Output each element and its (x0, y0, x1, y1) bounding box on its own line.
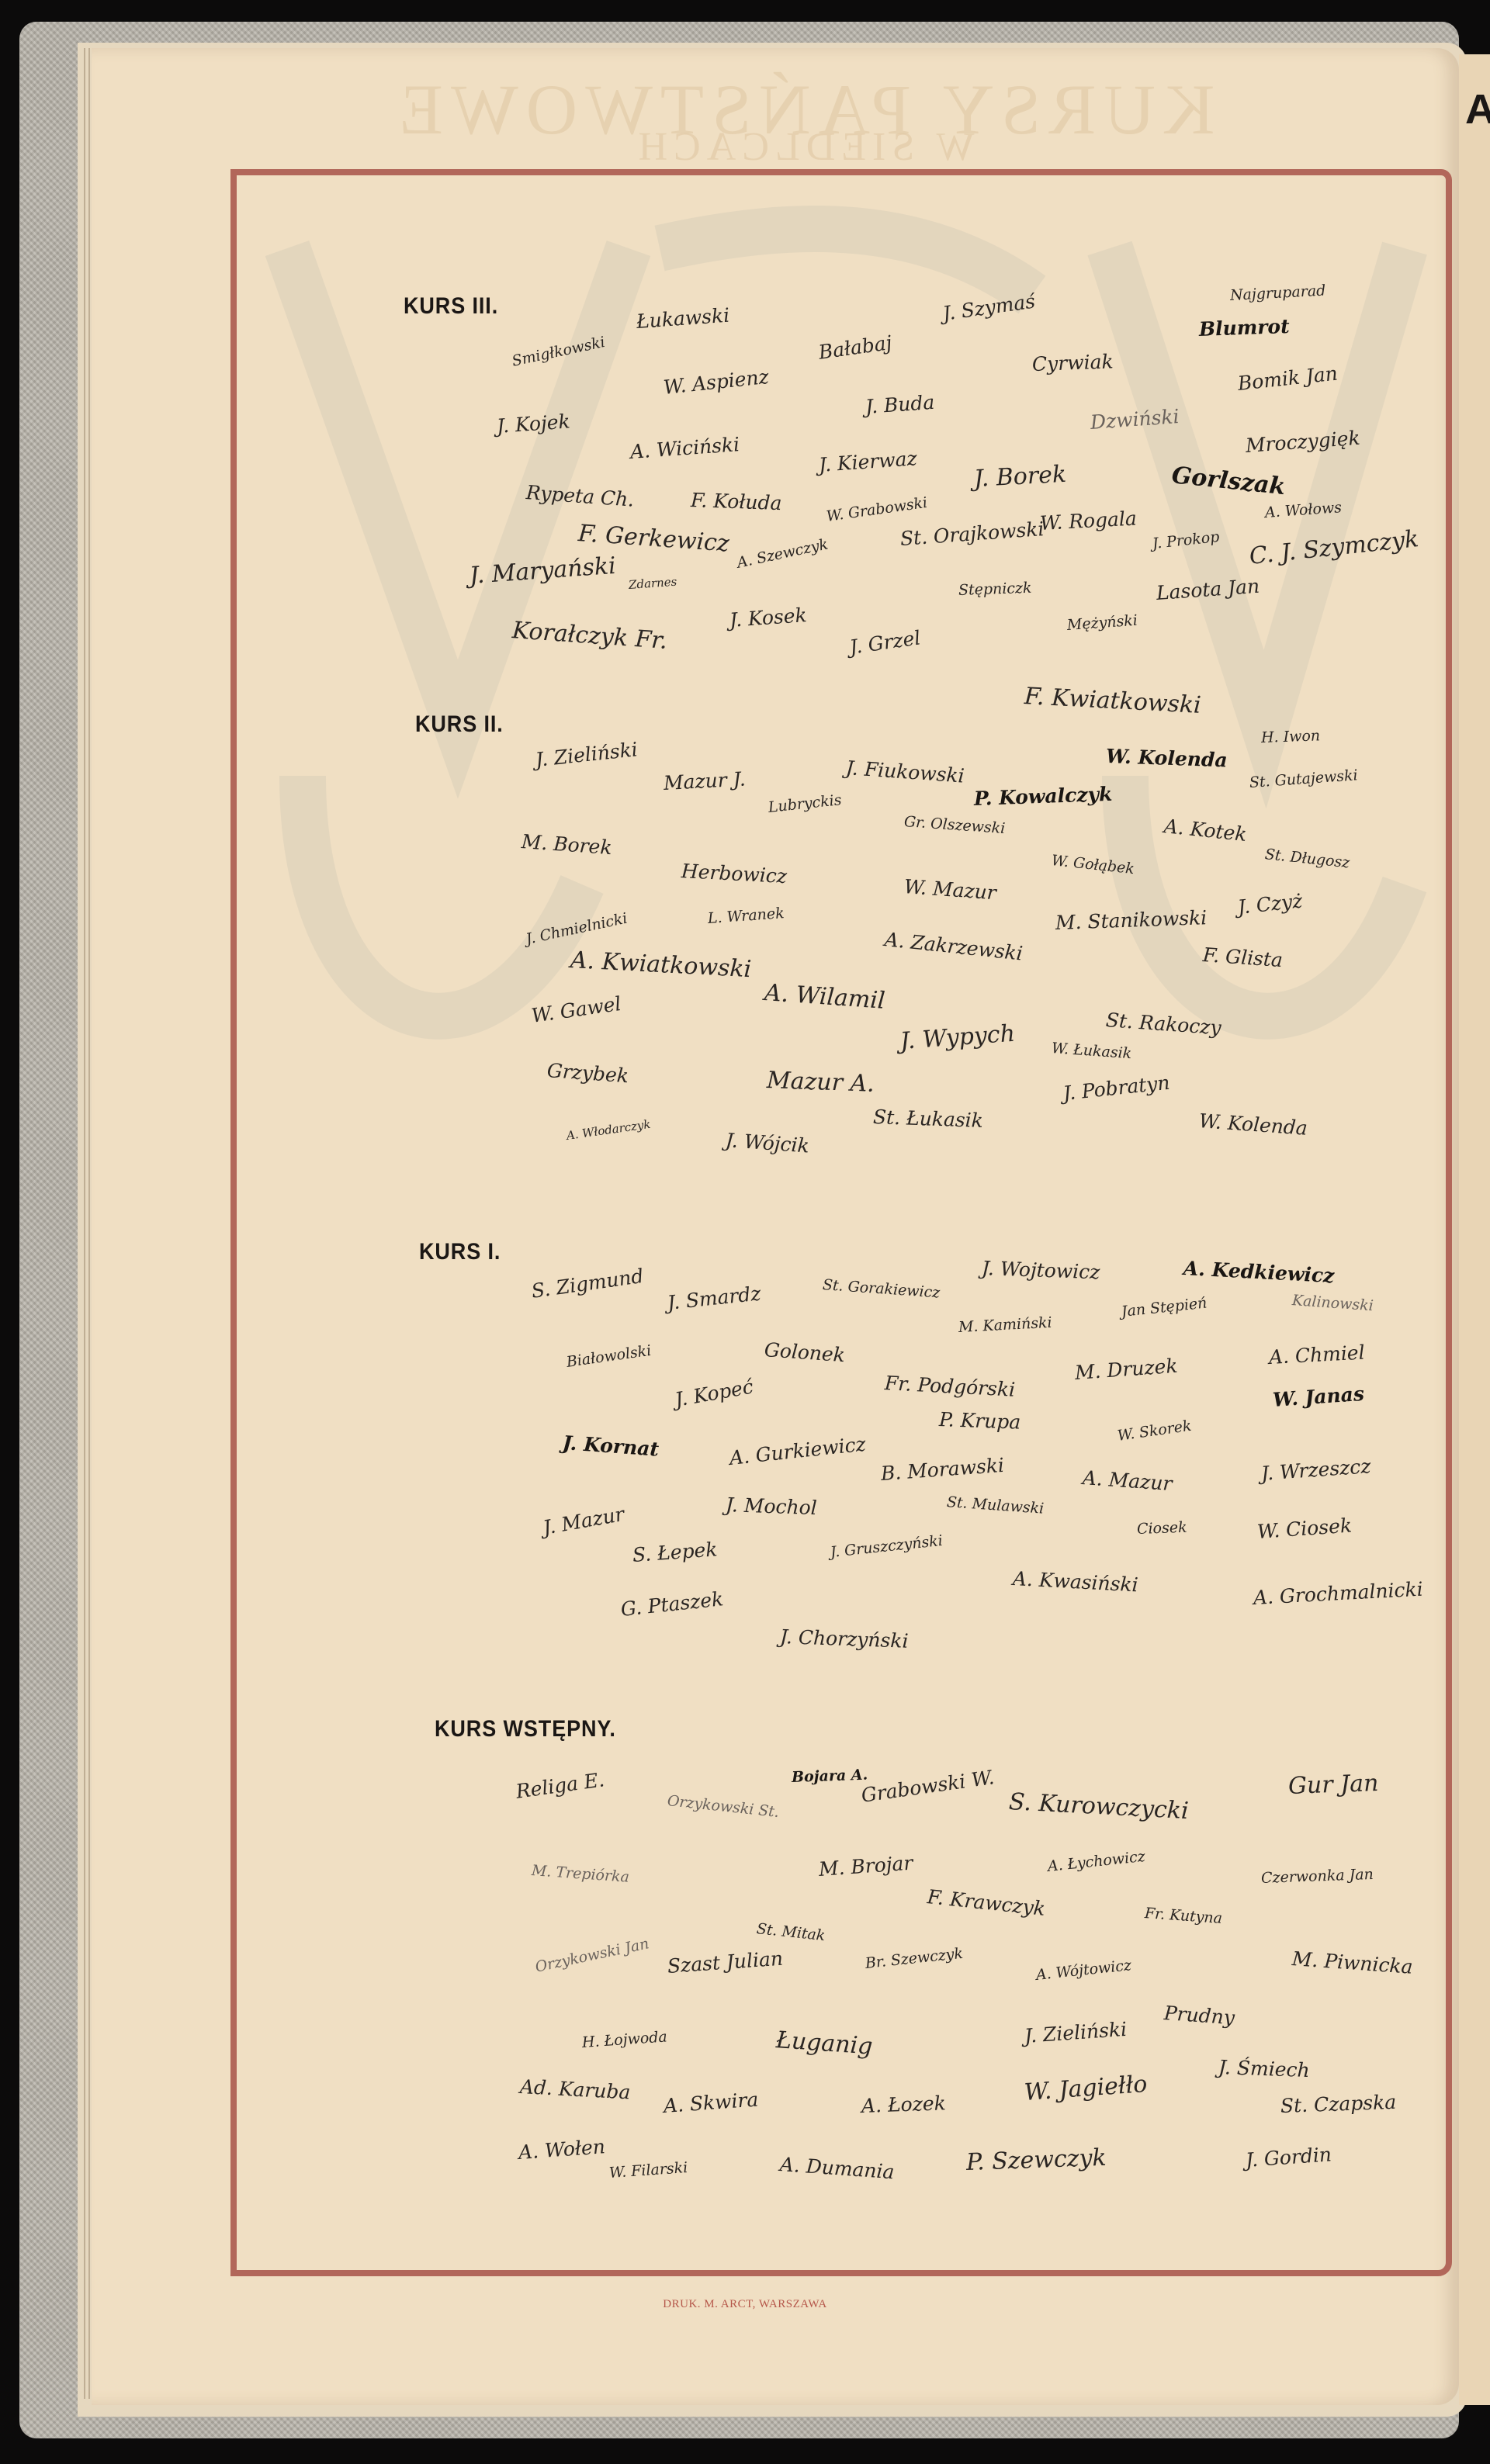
signature: Blumrot (1198, 315, 1290, 341)
heading-kurs-i: KURS I. (419, 1239, 501, 1265)
signature: F. Kołuda (690, 489, 781, 514)
signature: J. Śmiech (1218, 2056, 1310, 2082)
signature: Mazur A. (766, 1067, 875, 1098)
heading-kurs-ii: KURS II. (415, 711, 504, 738)
signature: J. Wojtowicz (981, 1257, 1100, 1283)
signature: Mazur J. (663, 767, 746, 794)
signature: J. Mochol (725, 1493, 817, 1519)
signature: Gur Jan (1287, 1770, 1379, 1800)
watermark-subtitle: W SIEDLCACH (147, 124, 1459, 170)
signature: Bojara A. (792, 1767, 868, 1786)
signature: W. Kolenda (1105, 745, 1228, 771)
page-edge-line (84, 48, 85, 2399)
signature: J. Chorzyński (779, 1625, 908, 1652)
signature: Stępniczk (958, 580, 1032, 599)
signature: J. Borek (973, 461, 1067, 493)
heading-kurs-wstepny: KURS WSTĘPNY. (435, 1716, 616, 1742)
signature: Cyrwiak (1031, 350, 1114, 375)
signature: P. Szewczyk (965, 2144, 1107, 2176)
facing-page-edge (1459, 54, 1490, 2405)
signature: H. Iwon (1261, 727, 1321, 746)
signature: Ciosek (1137, 1519, 1187, 1538)
signature: St. Czapska (1280, 2091, 1396, 2117)
page-edge-line (88, 48, 90, 2399)
signature: A. Łozek (861, 2092, 946, 2117)
signature: P. Kowalczyk (973, 783, 1112, 810)
heading-kurs-iii: KURS III. (404, 293, 498, 320)
signature: St. Łukasik (872, 1106, 983, 1132)
signature: P. Krupa (938, 1408, 1020, 1434)
printer-imprint: DRUK. M. ARCT, WARSZAWA (0, 2298, 1490, 2311)
signature: J. Buda (865, 391, 935, 418)
facing-page-letter: A (1465, 85, 1490, 133)
